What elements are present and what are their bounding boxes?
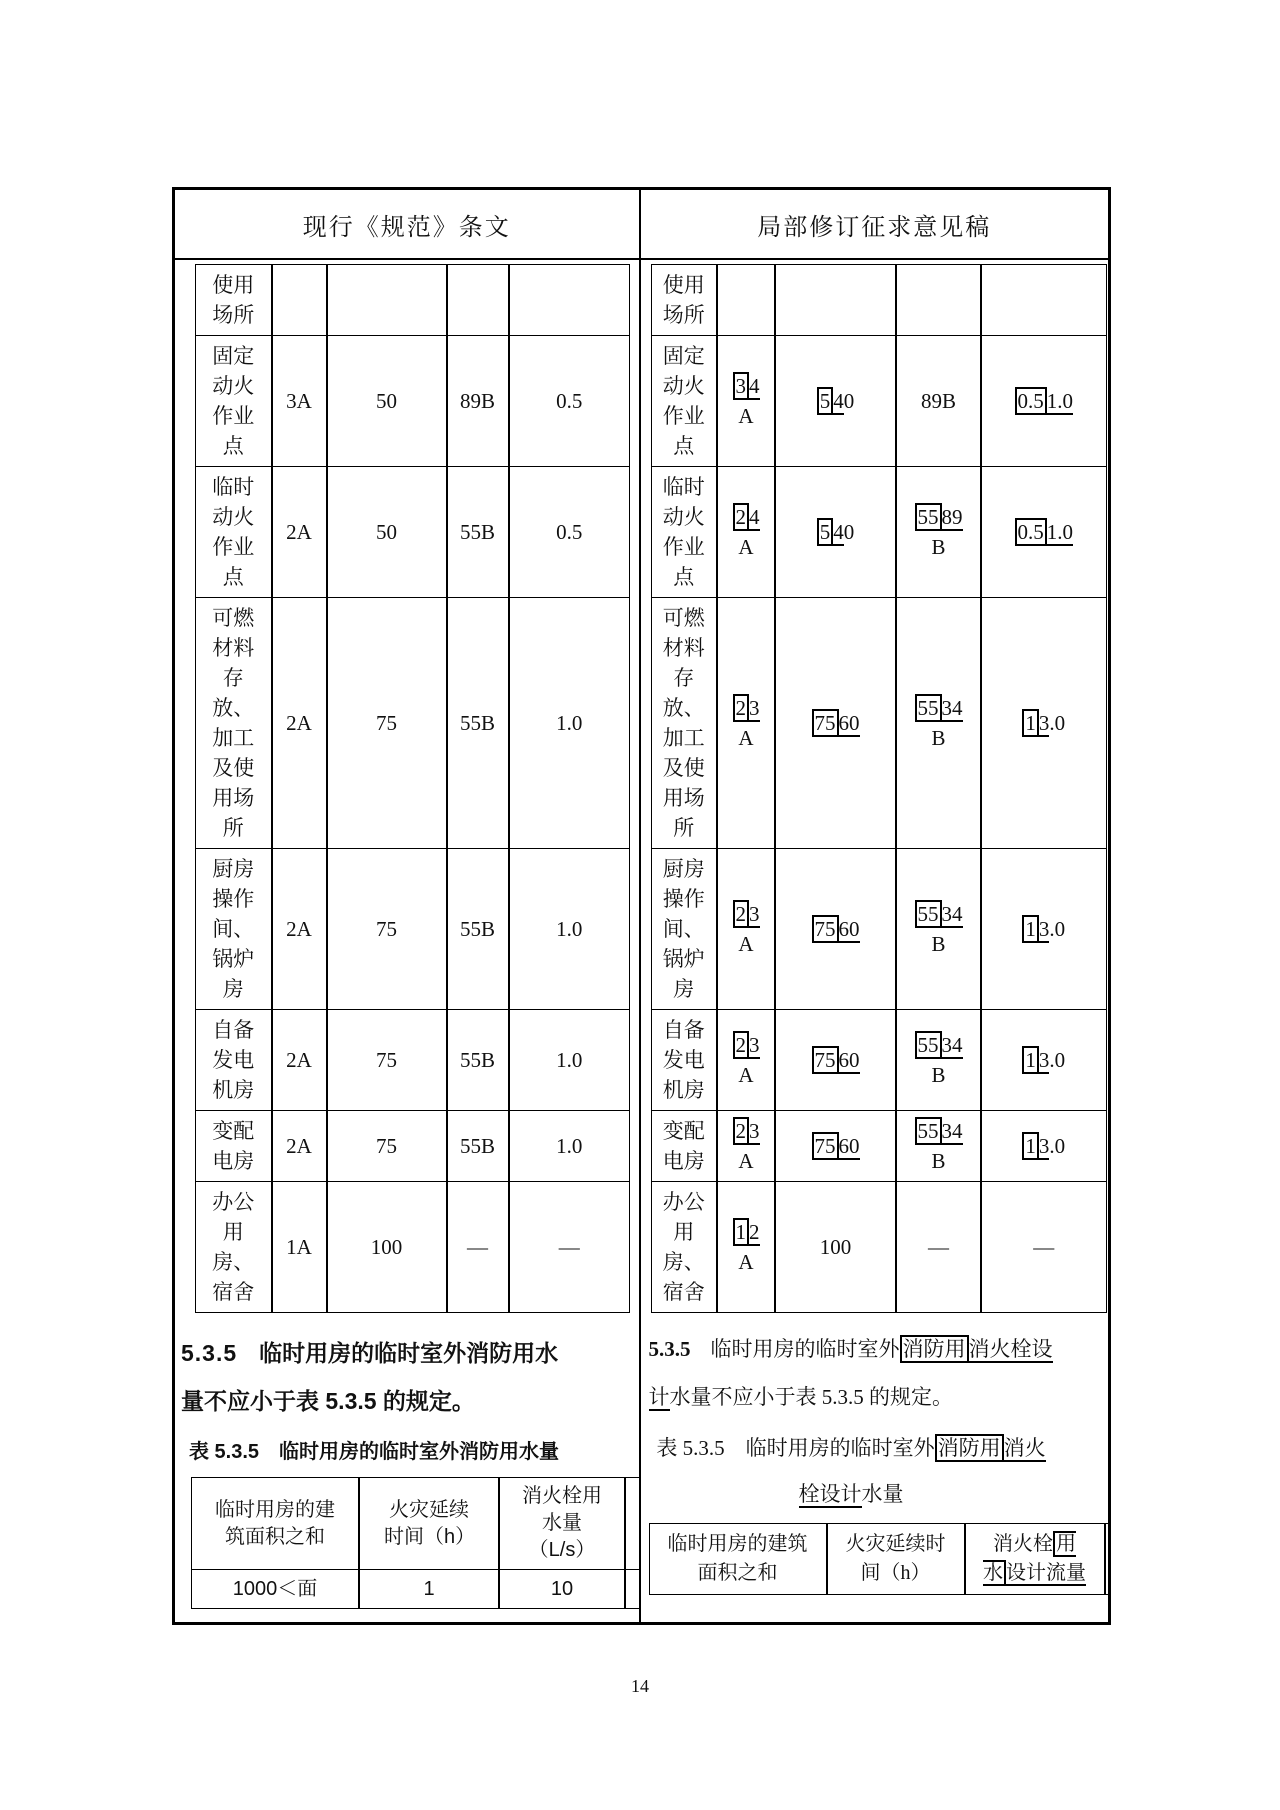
value-cell: 7560 <box>775 1111 896 1182</box>
inserted-text: 3 <box>1039 711 1050 737</box>
value-cell: 5534B <box>896 1111 981 1182</box>
table-row: 办公用房、宿舍12A100—— <box>651 1182 1106 1313</box>
deleted-text: 2 <box>733 900 750 928</box>
deleted-text: 55 <box>915 503 942 531</box>
value-cell: 7560 <box>775 1010 896 1111</box>
inserted-text: 3 <box>749 1033 760 1059</box>
text-run: .0 <box>1049 711 1065 735</box>
value-cell: 消火栓用水量（L/s） <box>499 1478 625 1570</box>
text-run: 临时用房的建筑面积之和 <box>668 1533 808 1584</box>
text-run: 0 <box>844 520 855 544</box>
text-run: .0 <box>1049 1134 1065 1158</box>
table-row: 厨房操作间、锅炉房23A75605534B13.0 <box>651 849 1106 1010</box>
value-cell: 2A <box>272 598 327 849</box>
deleted-text: 消防用 <box>900 1335 969 1363</box>
value-cell: 55B <box>447 1111 509 1182</box>
value-cell <box>981 265 1106 336</box>
value-cell: 540 <box>775 467 896 598</box>
text-run: 0 <box>844 389 855 413</box>
deleted-text: 55 <box>915 694 942 722</box>
deleted-text: 2 <box>733 1031 750 1059</box>
clause-number: 5.3.5 <box>181 1340 237 1366</box>
value-cell <box>509 265 630 336</box>
value-cell: 5534B <box>896 1010 981 1111</box>
value-cell: 5534B <box>896 598 981 849</box>
value-cell: 100 <box>775 1182 896 1313</box>
text-run: 消火栓 <box>993 1533 1053 1555</box>
text-run: — <box>928 1235 949 1259</box>
inserted-text: 3 <box>749 1119 760 1145</box>
value-cell: 2A <box>272 1010 327 1111</box>
value-cell: 13.0 <box>981 849 1106 1010</box>
fire-extinguisher-table-current: 使用场所固定动火作业点3A5089B0.5临时动火作业点2A5055B0.5可燃… <box>195 264 630 1313</box>
clause-535-current: 5.3.5临时用房的临时室外消防用水量不应小于表 5.3.5 的规定。 <box>181 1329 573 1425</box>
table-row: 固定动火作业点3A5089B0.5 <box>196 336 630 467</box>
deleted-text: 0.5 <box>1015 518 1047 546</box>
value-cell: 2A <box>272 1111 327 1182</box>
inserted-text: 3 <box>749 902 760 928</box>
value-cell <box>717 265 775 336</box>
current-code-header: 现行《规范》条文 <box>174 189 640 260</box>
value-cell: 3A <box>272 336 327 467</box>
value-cell: 0.5 <box>509 467 630 598</box>
deleted-text: 75 <box>812 1132 839 1160</box>
place-cell: 临时用房的建筑面积之和 <box>192 1478 360 1570</box>
value-cell: 23A <box>717 598 775 849</box>
table-row: 自备发电机房23A75605534B13.0 <box>651 1010 1106 1111</box>
place-cell: 可燃材料存放、加工及使用场所 <box>651 598 717 849</box>
revision-draft-content: 使用场所固定动火作业点34A54089B0.51.0临时动火作业点24A5405… <box>641 260 1109 1622</box>
value-cell: 5 <box>625 1570 639 1609</box>
text-run: A <box>738 404 753 428</box>
deleted-text: 5 <box>817 518 834 546</box>
document-page: 现行《规范》条文 局部修订征求意见稿 使用场所固定动火作业点3A5089B0.5… <box>0 0 1280 1810</box>
current-code-content: 使用场所固定动火作业点3A5089B0.5临时动火作业点2A5055B0.5可燃… <box>175 260 639 1622</box>
text-run: .0 <box>1049 917 1065 941</box>
deleted-text: 消防用 <box>935 1434 1004 1462</box>
deleted-text: 0.5 <box>1015 387 1047 415</box>
text-run: B <box>931 932 945 956</box>
inserted-text: 3 <box>1039 1134 1050 1160</box>
table-row: 临时用房的建筑面积之和火灾延续时间（h）消火栓用水量（L/s）每支水枪最小流量（… <box>192 1478 639 1570</box>
value-cell: 1 <box>359 1570 499 1609</box>
inserted-text: 3 <box>1039 917 1050 943</box>
deleted-text: 75 <box>812 1046 839 1074</box>
value-cell: 55B <box>447 467 509 598</box>
text-run: 自备发电机房 <box>663 1018 705 1102</box>
deleted-text: 2 <box>733 694 750 722</box>
clause-text: 临时用房的临时室外消防用水量不应小于表 5.3.5 的规定。 <box>181 1340 558 1414</box>
text-run: .0 <box>1049 1048 1065 1072</box>
text-run: A <box>738 1149 753 1173</box>
place-cell: 变配电房 <box>196 1111 272 1182</box>
table-row: 变配电房2A7555B1.0 <box>196 1111 630 1182</box>
value-cell: 每支水枪最小流量 <box>1105 1524 1109 1595</box>
value-cell: 89B <box>447 336 509 467</box>
outdoor-water-table-current: 临时用房的建筑面积之和火灾延续时间（h）消火栓用水量（L/s）每支水枪最小流量（… <box>191 1477 639 1609</box>
text-run: 临时用房的临时室外 <box>711 1337 900 1361</box>
value-cell <box>327 265 447 336</box>
value-cell: 10 <box>499 1570 625 1609</box>
value-cell <box>896 265 981 336</box>
comparison-table: 现行《规范》条文 局部修订征求意见稿 使用场所固定动火作业点3A5089B0.5… <box>172 187 1111 1625</box>
value-cell: 1A <box>272 1182 327 1313</box>
value-cell: 5534B <box>896 849 981 1010</box>
value-cell: 34A <box>717 336 775 467</box>
table-row: 固定动火作业点34A54089B0.51.0 <box>651 336 1106 467</box>
place-cell: 临时动火作业点 <box>651 467 717 598</box>
text-run: 水量不应小于表 5.3.5 的规定。 <box>670 1385 954 1409</box>
inserted-text: 4 <box>749 374 760 400</box>
value-cell <box>775 265 896 336</box>
table-row: 临时动火作业点2A5055B0.5 <box>196 467 630 598</box>
deleted-text: 1 <box>733 1218 750 1246</box>
inserted-text: 34 <box>942 1033 963 1059</box>
place-cell: 变配电房 <box>651 1111 717 1182</box>
text-run: 使用场所 <box>663 273 705 327</box>
deleted-text: 1 <box>1022 1132 1039 1160</box>
page-number: 14 <box>172 1676 1108 1697</box>
deleted-text: 55 <box>915 1117 942 1145</box>
value-cell <box>272 265 327 336</box>
text-run: B <box>931 1149 945 1173</box>
inserted-text: 2 <box>749 1220 760 1246</box>
table-row: 自备发电机房2A7555B1.0 <box>196 1010 630 1111</box>
current-code-cell: 使用场所固定动火作业点3A5089B0.5临时动火作业点2A5055B0.5可燃… <box>174 259 640 1624</box>
value-cell: 火灾延续时间（h） <box>827 1524 965 1595</box>
value-cell: 75 <box>327 1010 447 1111</box>
inserted-text: 1.0 <box>1047 389 1073 415</box>
value-cell: 75 <box>327 598 447 849</box>
value-cell: 50 <box>327 336 447 467</box>
value-cell: 540 <box>775 336 896 467</box>
text-run: B <box>931 535 945 559</box>
value-cell: 0.5 <box>509 336 630 467</box>
deleted-text: 1 <box>1022 709 1039 737</box>
value-cell: 100 <box>327 1182 447 1313</box>
text-run: 水量 <box>862 1482 904 1506</box>
place-cell: 办公用房、宿舍 <box>651 1182 717 1313</box>
table-row: 可燃材料存放、加工及使用场所2A7555B1.0 <box>196 598 630 849</box>
place-cell: 可燃材料存放、加工及使用场所 <box>196 598 272 849</box>
text-run: 5.3.5 <box>649 1337 691 1361</box>
text-run: 表 5.3.5 临时用房的临时室外 <box>656 1436 934 1460</box>
value-cell: — <box>509 1182 630 1313</box>
text-run: 100 <box>820 1235 852 1259</box>
value-cell: 0.51.0 <box>981 336 1106 467</box>
value-cell: 1.0 <box>509 1111 630 1182</box>
revision-draft-cell: 使用场所固定动火作业点34A54089B0.51.0临时动火作业点24A5405… <box>640 259 1110 1624</box>
value-cell: 2A <box>272 849 327 1010</box>
inserted-text: 4 <box>833 389 844 415</box>
table-row: 可燃材料存放、加工及使用场所23A75605534B13.0 <box>651 598 1106 849</box>
inserted-text: 3 <box>1039 1048 1050 1074</box>
inserted-text: 60 <box>839 1048 860 1074</box>
inserted-text: 60 <box>839 711 860 737</box>
deleted-text: 2 <box>733 1117 750 1145</box>
value-cell: — <box>981 1182 1106 1313</box>
value-cell: 55B <box>447 1010 509 1111</box>
deleted-text: 1 <box>1022 1046 1039 1074</box>
inserted-text: 3 <box>749 696 760 722</box>
place-cell: 固定动火作业点 <box>196 336 272 467</box>
value-cell: 13.0 <box>981 598 1106 849</box>
place-cell: 固定动火作业点 <box>651 336 717 467</box>
inserted-text: 1.0 <box>1047 520 1073 546</box>
inserted-text: 34 <box>942 902 963 928</box>
inserted-text: 60 <box>839 917 860 943</box>
text-run: A <box>738 535 753 559</box>
place-cell: 使用场所 <box>196 265 272 336</box>
value-cell: 23A <box>717 1010 775 1111</box>
text-run: 变配电房 <box>663 1119 705 1173</box>
value-cell: 7560 <box>775 598 896 849</box>
text-run: 可燃材料存放、加工及使用场所 <box>663 606 705 840</box>
table-row: 临时用房的建筑面积之和火灾延续时间（h）消火栓用水设计流量每支水枪最小流量 <box>649 1524 1108 1595</box>
comparison-header-row: 现行《规范》条文 局部修订征求意见稿 <box>174 189 1110 260</box>
inserted-text: 34 <box>942 696 963 722</box>
place-cell: 临时动火作业点 <box>196 467 272 598</box>
text-run: 89B <box>921 389 956 413</box>
value-cell: 每支水枪最小流量（L/s） <box>625 1478 639 1570</box>
value-cell <box>447 265 509 336</box>
table-row: 厨房操作间、锅炉房2A7555B1.0 <box>196 849 630 1010</box>
text-run: A <box>738 1063 753 1087</box>
table-row: 办公用房、宿舍1A100—— <box>196 1182 630 1313</box>
value-cell: 火灾延续时间（h） <box>359 1478 499 1570</box>
place-cell: 厨房操作间、锅炉房 <box>651 849 717 1010</box>
text-run: B <box>931 1063 945 1087</box>
table-row: 变配电房23A75605534B13.0 <box>651 1111 1106 1182</box>
value-cell: 75 <box>327 849 447 1010</box>
deleted-text: 55 <box>915 900 942 928</box>
clause-535-revised: 5.3.5临时用房的临时室外消防用消火栓设计水量不应小于表 5.3.5 的规定。 <box>649 1325 1054 1421</box>
place-cell: 使用场所 <box>651 265 717 336</box>
value-cell: 13.0 <box>981 1111 1106 1182</box>
value-cell: 1.0 <box>509 598 630 849</box>
comparison-body-row: 使用场所固定动火作业点3A5089B0.5临时动火作业点2A5055B0.5可燃… <box>174 259 1110 1624</box>
fire-extinguisher-table-revised: 使用场所固定动火作业点34A54089B0.51.0临时动火作业点24A5405… <box>651 264 1107 1313</box>
value-cell: 0.51.0 <box>981 467 1106 598</box>
revision-draft-header: 局部修订征求意见稿 <box>640 189 1110 260</box>
value-cell: 55B <box>447 598 509 849</box>
deleted-text: 3 <box>733 372 750 400</box>
text-run: A <box>738 932 753 956</box>
table-535-caption-revised: 表 5.3.5 临时用房的临时室外消防用消火栓设计水量 <box>649 1425 1054 1517</box>
inserted-text: 4 <box>833 520 844 546</box>
place-cell: 自备发电机房 <box>196 1010 272 1111</box>
text-run: 固定动火作业点 <box>663 344 705 458</box>
value-cell: 1.0 <box>509 849 630 1010</box>
table-row: 1000＜面1105 <box>192 1570 639 1609</box>
inserted-text: 设计流量 <box>1006 1562 1086 1586</box>
table-row: 临时动火作业点24A5405589B0.51.0 <box>651 467 1106 598</box>
value-cell: 2A <box>272 467 327 598</box>
value-cell: 24A <box>717 467 775 598</box>
place-cell: 自备发电机房 <box>651 1010 717 1111</box>
deleted-text: 75 <box>812 915 839 943</box>
place-cell: 办公用房、宿舍 <box>196 1182 272 1313</box>
text-run: B <box>931 726 945 750</box>
deleted-text: 55 <box>915 1031 942 1059</box>
text-run: — <box>1033 1235 1054 1259</box>
text-run: A <box>738 726 753 750</box>
text-run: 火灾延续时间（h） <box>846 1533 946 1584</box>
deleted-text: 75 <box>812 709 839 737</box>
inserted-text: 34 <box>942 1119 963 1145</box>
text-run: 临时动火作业点 <box>663 475 705 589</box>
place-cell: 临时用房的建筑面积之和 <box>649 1524 827 1595</box>
table-row: 使用场所 <box>196 265 630 336</box>
value-cell: 89B <box>896 336 981 467</box>
inserted-text: 60 <box>839 1134 860 1160</box>
table-row: 使用场所 <box>651 265 1106 336</box>
place-cell: 厨房操作间、锅炉房 <box>196 849 272 1010</box>
value-cell: — <box>896 1182 981 1313</box>
text-run: 厨房操作间、锅炉房 <box>663 857 705 1001</box>
value-cell: 50 <box>327 467 447 598</box>
deleted-text: 5 <box>817 387 834 415</box>
text-run: 办公用房、宿舍 <box>663 1190 705 1304</box>
value-cell: 23A <box>717 849 775 1010</box>
deleted-text: 1 <box>1022 915 1039 943</box>
value-cell: 13.0 <box>981 1010 1106 1111</box>
deleted-text: 2 <box>733 503 750 531</box>
value-cell: 23A <box>717 1111 775 1182</box>
value-cell: 55B <box>447 849 509 1010</box>
value-cell: 75 <box>327 1111 447 1182</box>
outdoor-water-table-revised: 临时用房的建筑面积之和火灾延续时间（h）消火栓用水设计流量每支水枪最小流量 <box>649 1523 1109 1595</box>
text-run: A <box>738 1250 753 1274</box>
value-cell: 12A <box>717 1182 775 1313</box>
table-535-caption-current: 表 5.3.5 临时用房的临时室外消防用水量 <box>189 1437 639 1467</box>
place-cell: 1000＜面 <box>192 1570 360 1609</box>
value-cell: 7560 <box>775 849 896 1010</box>
value-cell: — <box>447 1182 509 1313</box>
inserted-text: 4 <box>749 505 760 531</box>
value-cell: 1.0 <box>509 1010 630 1111</box>
value-cell: 5589B <box>896 467 981 598</box>
value-cell: 消火栓用水设计流量 <box>965 1524 1105 1595</box>
inserted-text: 89 <box>942 505 963 531</box>
